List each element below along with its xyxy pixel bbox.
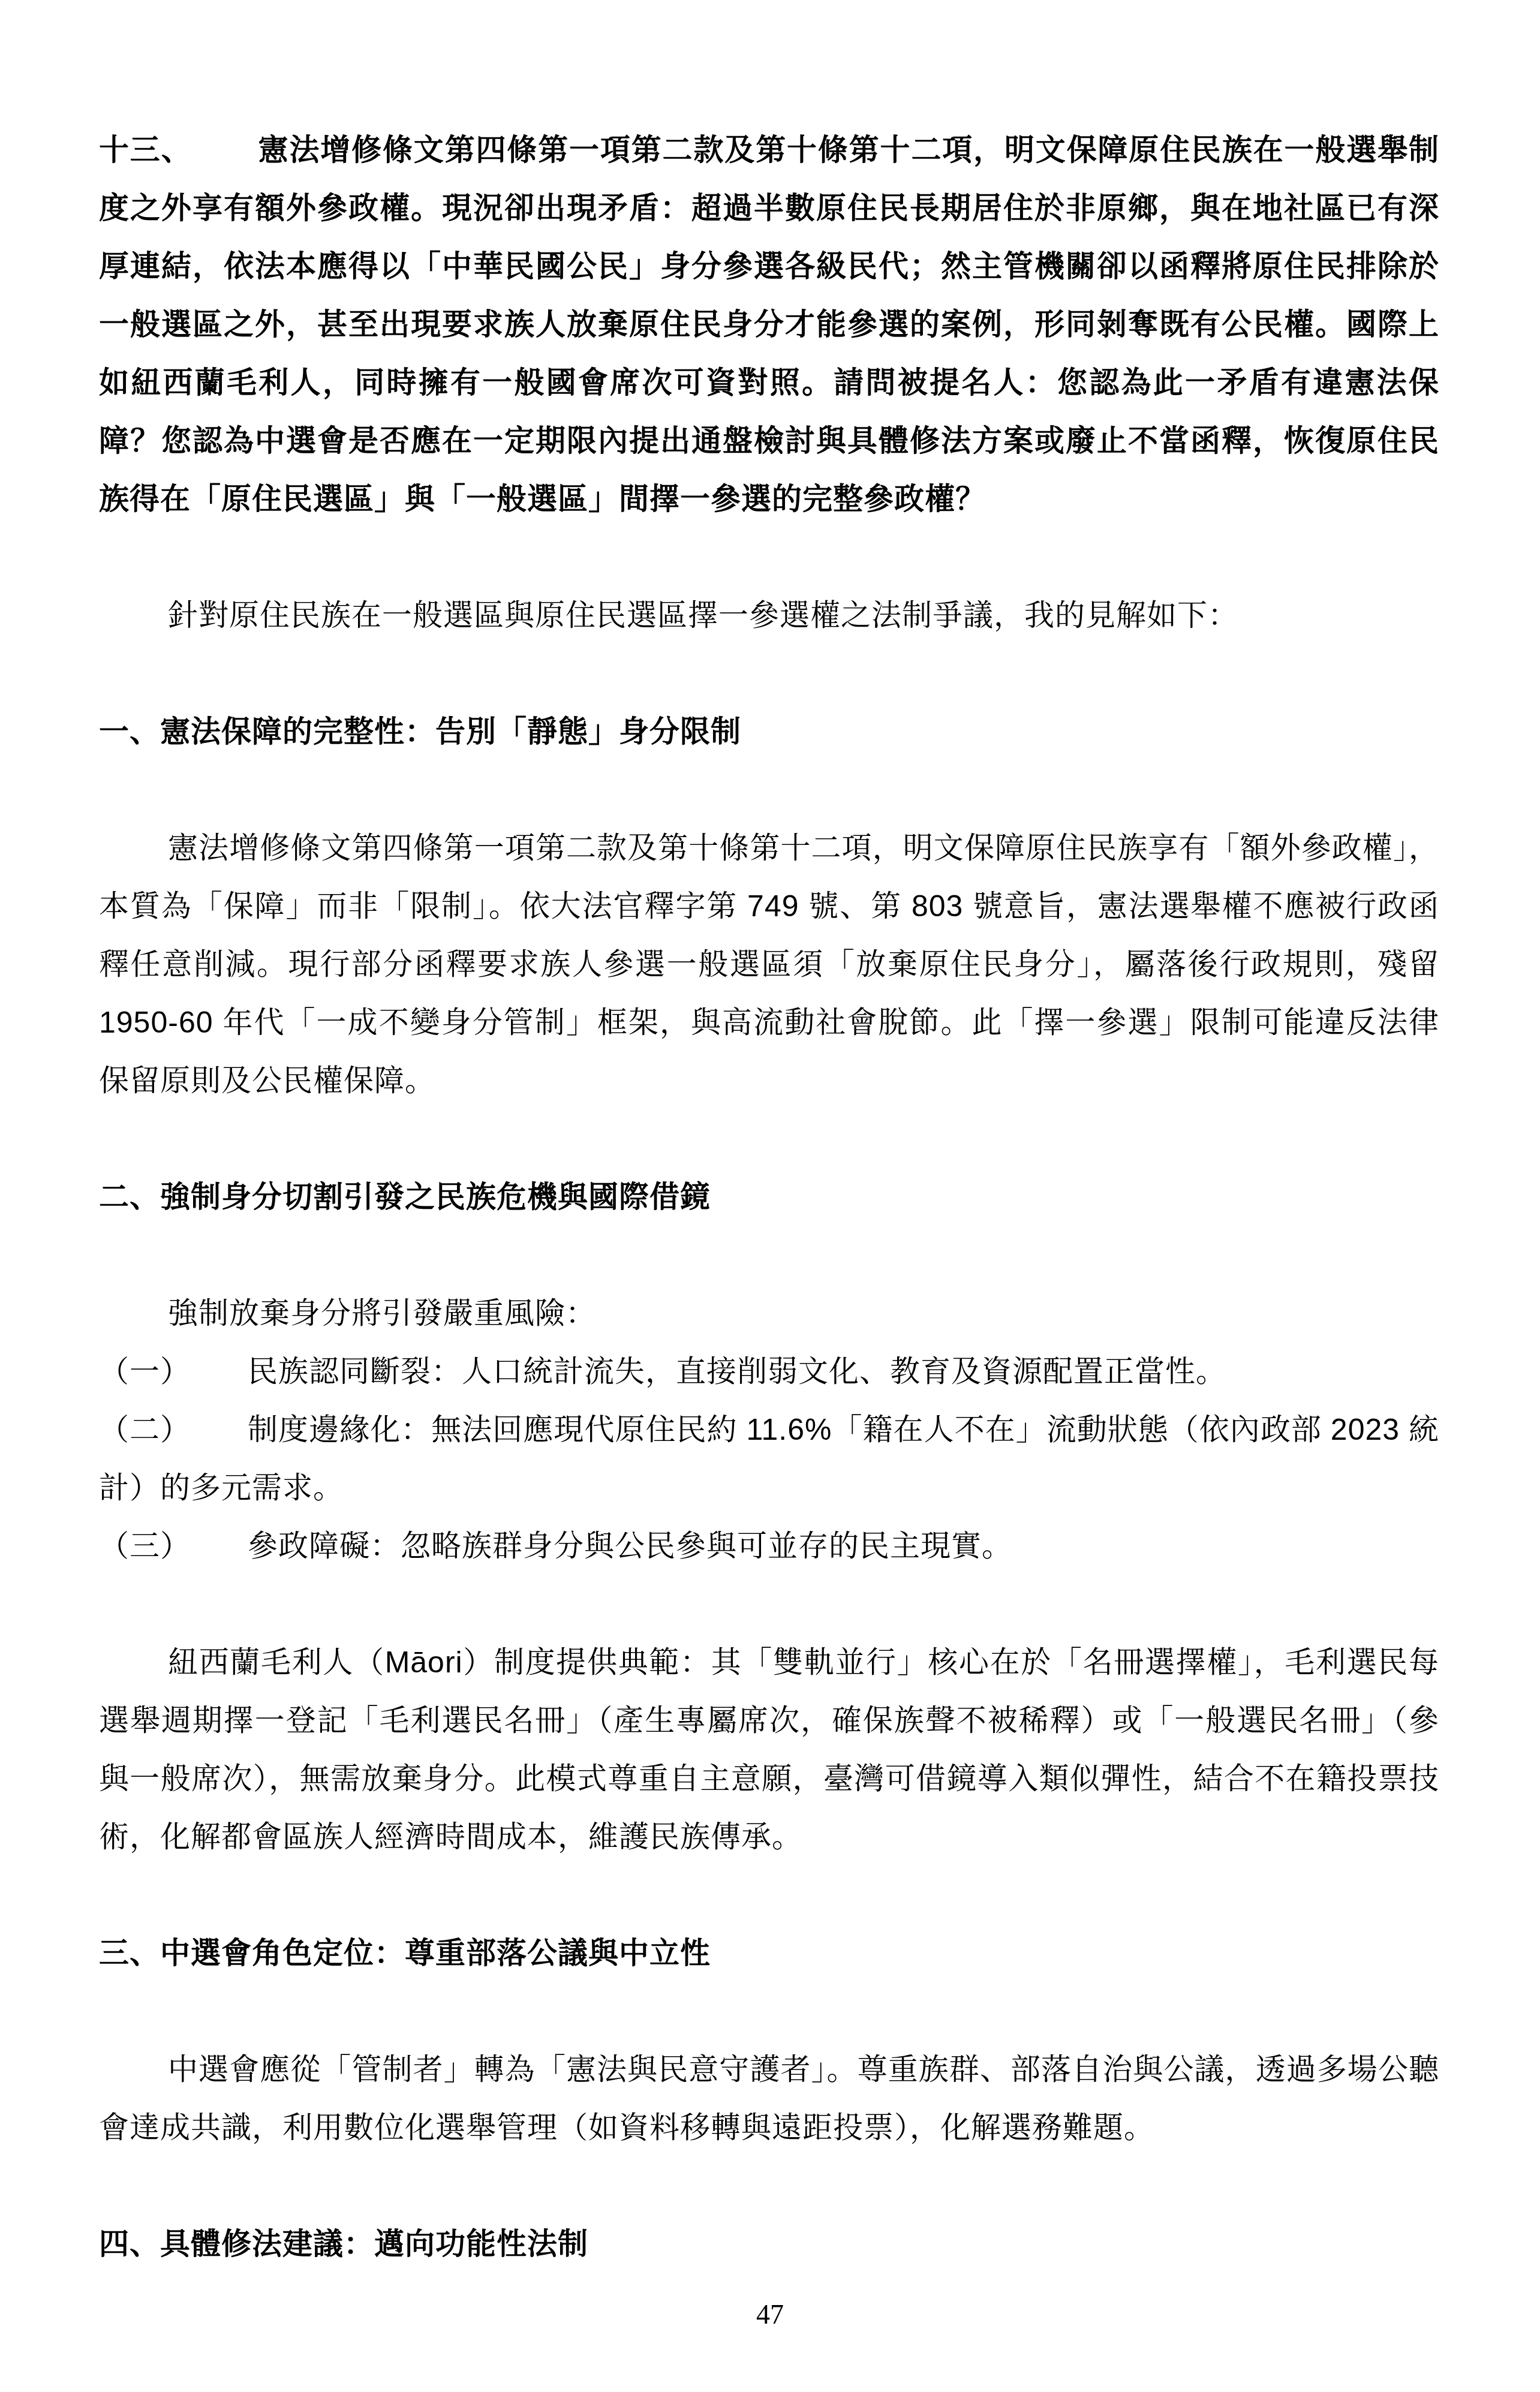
section-1-paragraph: 憲法增修條文第四條第一項第二款及第十條第十二項，明文保障原住民族享有「額外參政權… (99, 819, 1439, 1110)
section-3-heading: 三、中選會角色定位：尊重部落公議與中立性 (99, 1924, 1439, 1982)
section-4-heading: 四、具體修法建議：邁向功能性法制 (99, 2215, 1439, 2273)
section-3-paragraph: 中選會應從「管制者」轉為「憲法與民意守護者」。尊重族群、部落自治與公議，透過多場… (99, 2041, 1439, 2157)
intro-paragraph: 針對原住民族在一般選區與原住民選區擇一參選權之法制爭議，我的見解如下： (99, 586, 1439, 645)
list-item-2-text: 制度邊緣化：無法回應現代原住民約 11.6%「籍在人不在」流動狀態（依內政部 2… (99, 1413, 1439, 1505)
section-2-paragraph: 紐西蘭毛利人（Māori）制度提供典範：其「雙軌並行」核心在於「名冊選擇權」，毛… (99, 1633, 1439, 1866)
list-item-1: （一）民族認同斷裂：人口統計流失，直接削弱文化、教育及資源配置正當性。 (99, 1343, 1439, 1401)
list-item-1-label: （一） (99, 1355, 191, 1388)
list-item-2-label: （二） (99, 1413, 191, 1446)
list-item-1-text: 民族認同斷裂：人口統計流失，直接削弱文化、教育及資源配置正當性。 (248, 1355, 1226, 1388)
list-item-3: （三）參政障礙：忽略族群身分與公民參與可並存的民主現實。 (99, 1517, 1439, 1575)
page-number: 47 (0, 2298, 1540, 2330)
list-item-3-label: （三） (99, 1529, 191, 1563)
question-text: 憲法增修條文第四條第一項第二款及第十條第十二項，明文保障原住民族在一般選舉制度之… (99, 133, 1439, 516)
question-paragraph: 十三、憲法增修條文第四條第一項第二款及第十條第十二項，明文保障原住民族在一般選舉… (99, 121, 1439, 528)
list-item-2: （二）制度邊緣化：無法回應現代原住民約 11.6%「籍在人不在」流動狀態（依內政… (99, 1401, 1439, 1517)
section-2-heading: 二、強制身分切割引發之民族危機與國際借鏡 (99, 1168, 1439, 1226)
list-item-3-text: 參政障礙：忽略族群身分與公民參與可並存的民主現實。 (248, 1529, 1012, 1563)
question-number-label: 十三、 (99, 133, 192, 167)
document-page: 十三、憲法增修條文第四條第一項第二款及第十條第十二項，明文保障原住民族在一般選舉… (0, 0, 1540, 2392)
section-1-heading: 一、憲法保障的完整性：告別「靜態」身分限制 (99, 703, 1439, 761)
section-2-lead: 強制放棄身分將引發嚴重風險： (99, 1284, 1439, 1343)
